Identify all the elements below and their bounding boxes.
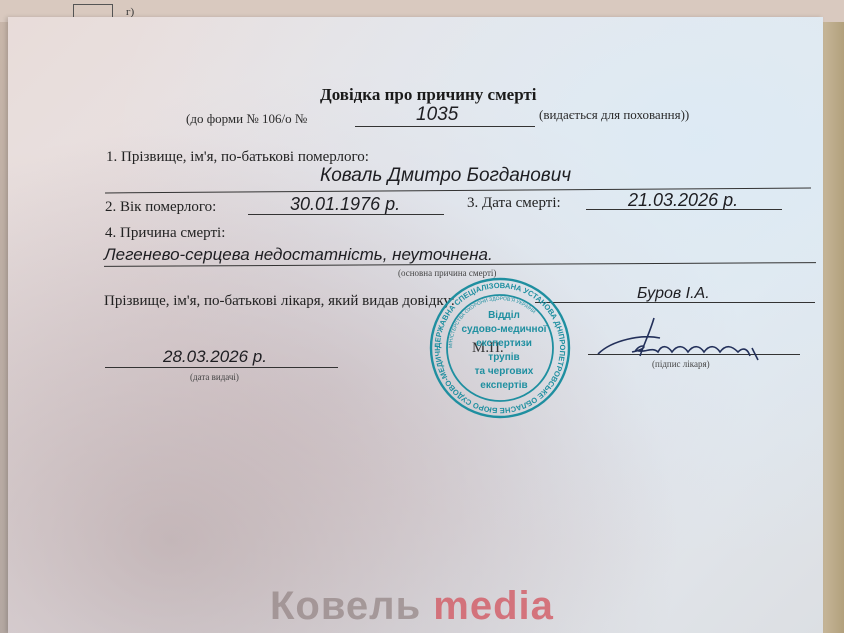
watermark-logo: Ковель media: [270, 584, 554, 629]
form-prefix: (до форми № 106/о №: [186, 111, 307, 127]
form-number-line: [355, 126, 535, 127]
stamp-line-1: Відділ: [488, 310, 520, 321]
stamp-line-4: трупів: [488, 352, 519, 363]
cause-label: 4. Причина смерті:: [105, 225, 225, 242]
stamp-line-2: судово-медичної: [461, 324, 546, 335]
document-title: Довідка про причину смерті: [320, 85, 537, 105]
watermark-part-2: media: [433, 584, 554, 628]
doctor-label: Прізвище, ім'я, по-батькові лікаря, який…: [104, 293, 455, 310]
form-number: 1035: [416, 104, 458, 126]
age-label: 2. Вік померлого:: [105, 199, 216, 216]
birth-date-value: 30.01.1976 р.: [290, 194, 400, 215]
official-stamp: ДЕРЖАВНА СПЕЦІАЛІЗОВАНА УСТАНОВА ДНІПРОП…: [428, 276, 572, 420]
stamp-line-6: експертів: [480, 380, 527, 391]
doctor-name-value: Буров І.А.: [637, 285, 710, 303]
issue-date-line: [105, 367, 338, 368]
deceased-name-value: Коваль Дмитро Богданович: [320, 165, 571, 187]
doctor-line: [535, 302, 815, 303]
watermark-part-1: Ковель: [270, 584, 421, 628]
issue-date-value: 28.03.2026 р.: [163, 347, 267, 367]
doctor-signature: [592, 312, 772, 372]
deceased-name-label: 1. Прізвище, ім'я, по-батькові померлого…: [106, 149, 369, 166]
cause-value: Легенево-серцева недостатність, неуточне…: [104, 245, 493, 265]
death-date-value: 21.03.2026 р.: [628, 190, 738, 211]
stamp-line-3: експертизи: [476, 338, 532, 349]
issue-date-caption: (дата видачі): [190, 372, 239, 382]
form-suffix: (видається для поховання)): [539, 107, 689, 123]
stamp-line-5: та чергових: [475, 366, 534, 377]
table-edge: [822, 0, 844, 633]
death-date-line: [586, 209, 782, 210]
death-date-label: 3. Дата смерті:: [467, 195, 561, 212]
age-line: [248, 214, 444, 215]
